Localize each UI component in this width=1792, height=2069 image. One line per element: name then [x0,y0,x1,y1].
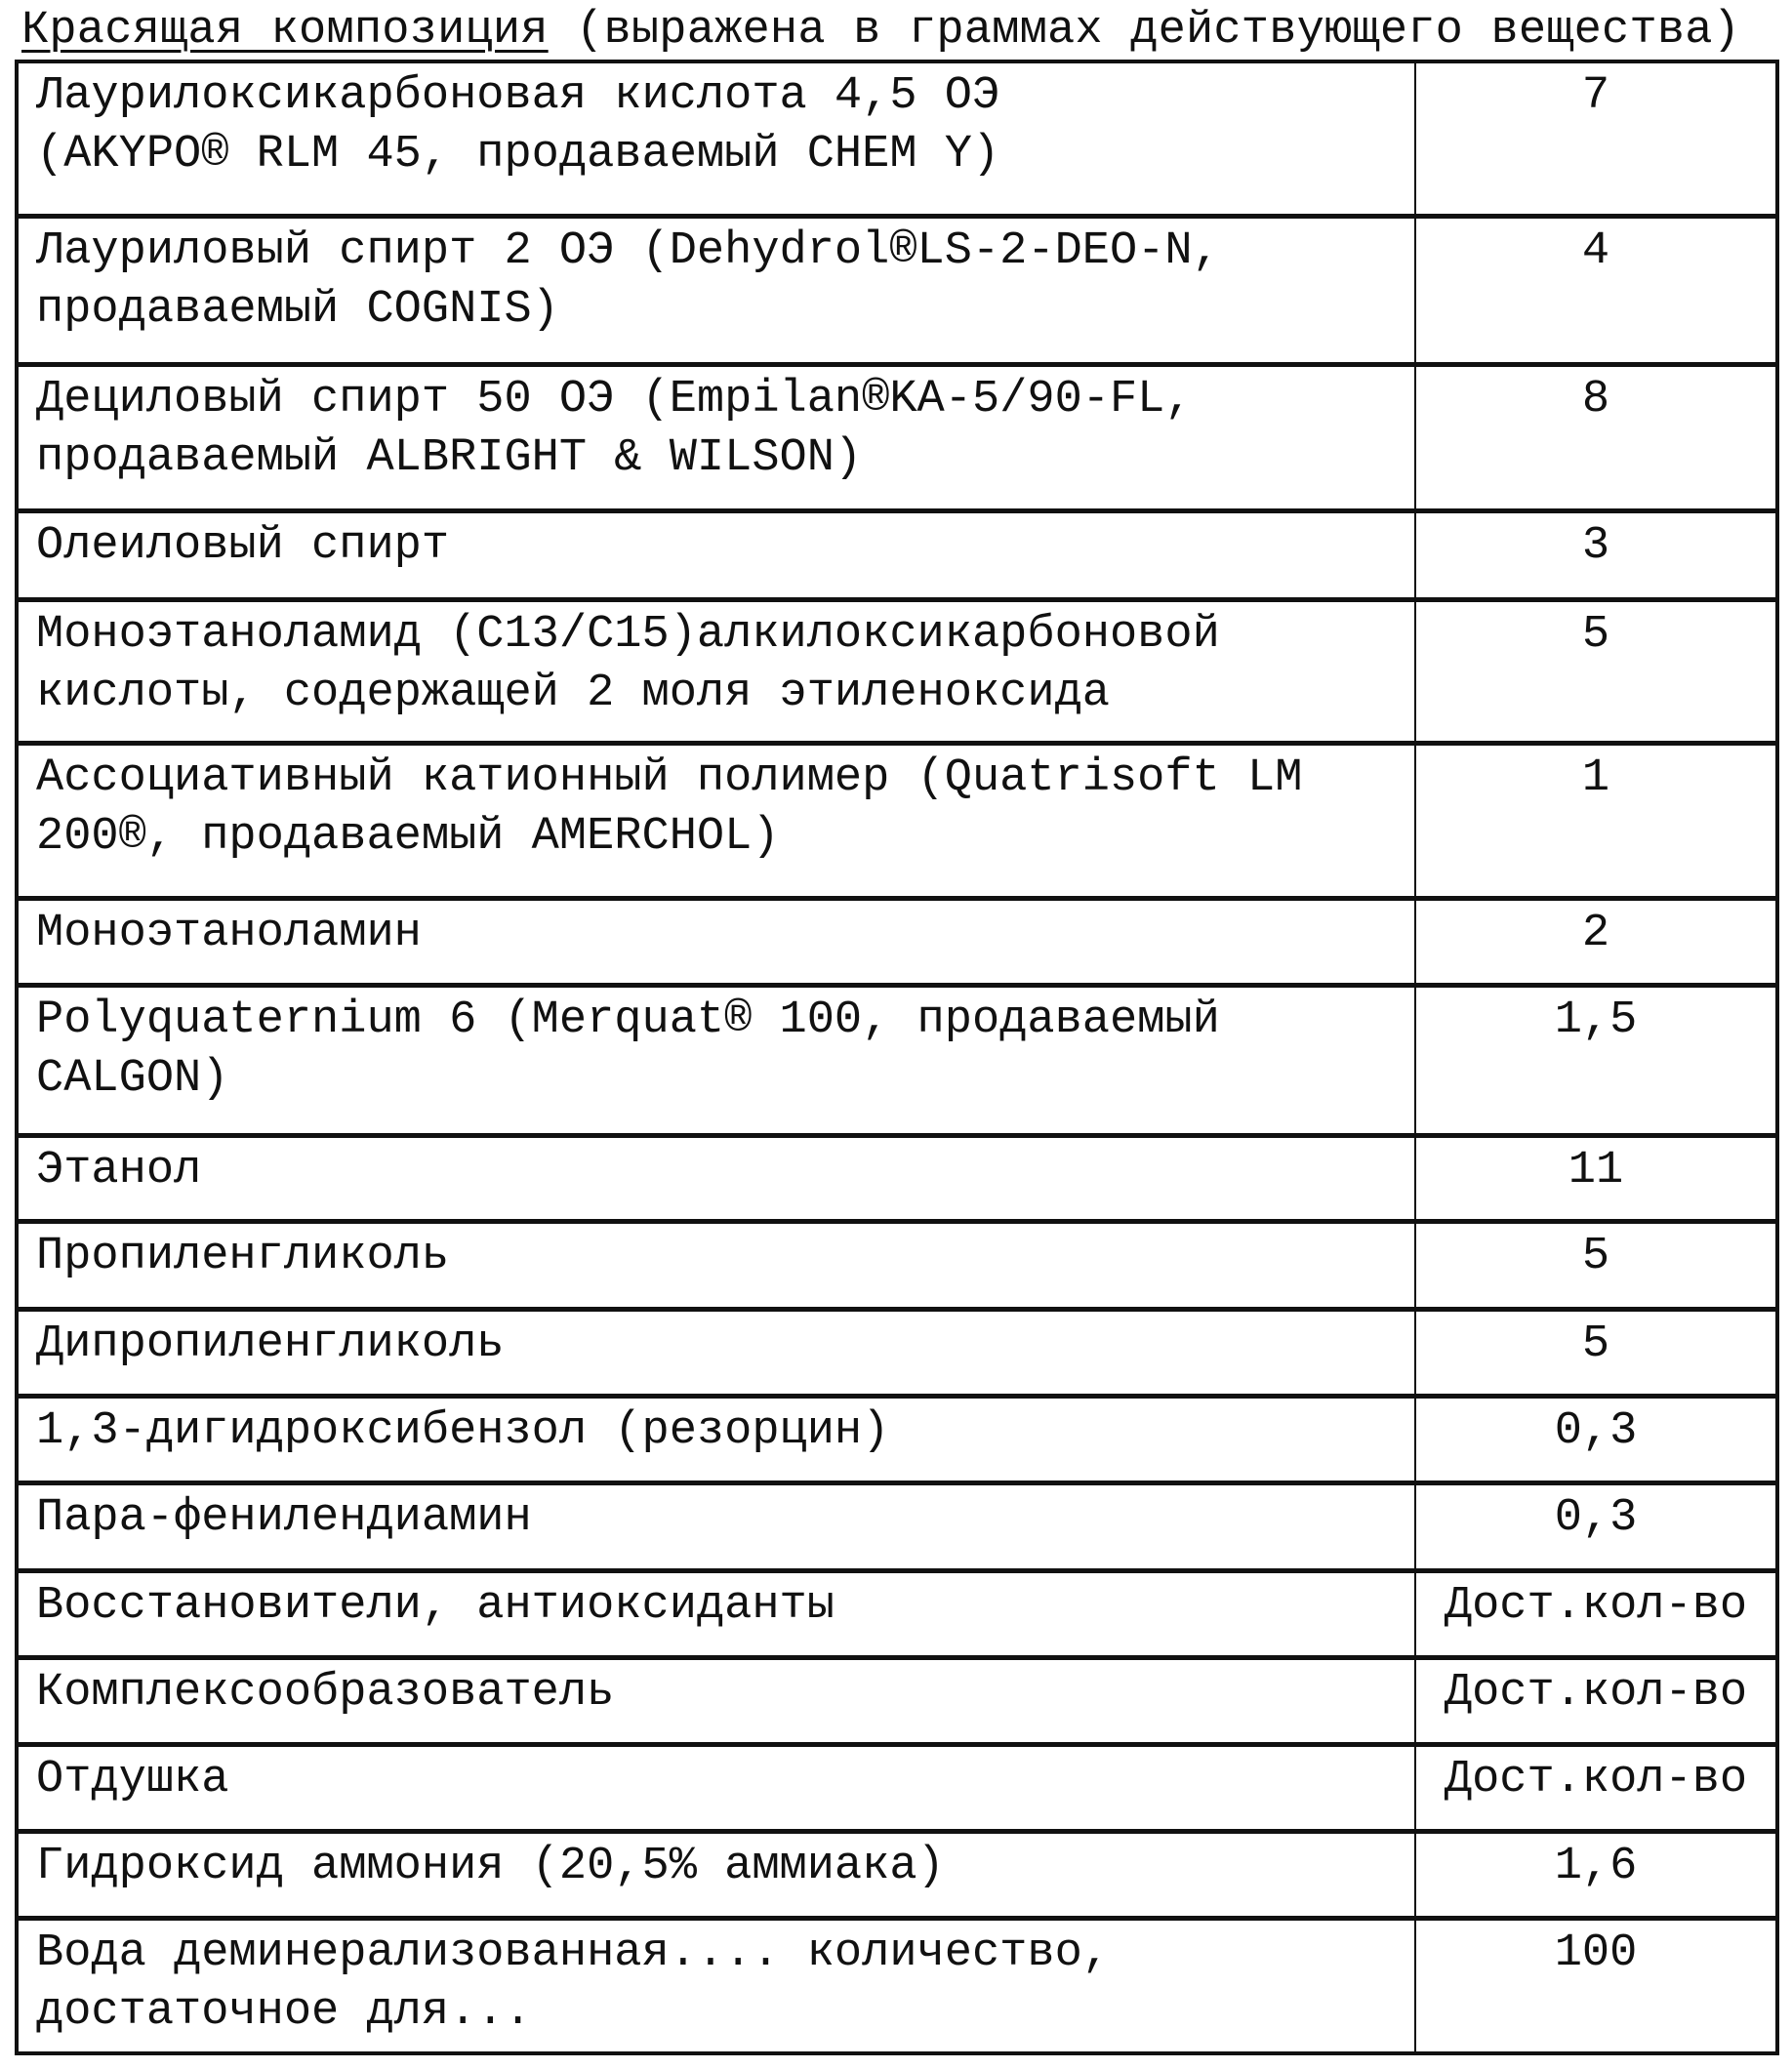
ingredient-amount: 11 [1416,1142,1775,1200]
ingredient-amount: 100 [1416,1925,1775,1983]
table-row: Лаурилоксикарбоновая кислота 4,5 ОЭ (AKY… [19,63,1775,214]
table-row: Дипропиленгликоль5 [19,1307,1775,1394]
ingredient-amount: 2 [1416,905,1775,963]
ingredient-name: Дециловый спирт 50 ОЭ (Empilan®KA-5/90-F… [36,371,1403,488]
table-row: Этанол11 [19,1133,1775,1219]
ingredient-name: Пропиленгликоль [36,1228,1403,1286]
table-row: ОтдушкаДост.кол-во [19,1742,1775,1829]
ingredient-amount: 4 [1416,223,1775,281]
ingredient-amount: Дост.кол-во [1416,1664,1775,1723]
ingredient-amount: 5 [1416,1228,1775,1286]
table-row: Моноэтаноламин2 [19,896,1775,983]
ingredient-amount: 1,6 [1416,1838,1775,1896]
ingredient-name: 1,3-дигидроксибензол (резорцин) [36,1402,1403,1461]
ingredient-amount: 1 [1416,750,1775,808]
ingredient-amount: Дост.кол-во [1416,1751,1775,1809]
ingredient-amount: 7 [1416,67,1775,126]
ingredient-name: Ассоциативный катионный полимер (Quatris… [36,750,1403,867]
ingredient-name: Лауриловый спирт 2 ОЭ (Dehydrol®LS-2-DEO… [36,223,1403,340]
ingredient-name: Лаурилоксикарбоновая кислота 4,5 ОЭ (AKY… [36,67,1403,184]
ingredient-amount: Дост.кол-во [1416,1577,1775,1636]
ingredient-name: Восстановители, антиоксиданты [36,1577,1403,1636]
ingredient-amount: 5 [1416,1316,1775,1374]
composition-title: Красящая композиция (выражена в граммах … [21,2,1740,61]
ingredient-name: Олеиловый спирт [36,517,1403,576]
ingredient-amount: 1,5 [1416,992,1775,1050]
ingredient-amount: 5 [1416,606,1775,665]
ingredient-name: Гидроксид аммония (20,5% аммиака) [36,1838,1403,1896]
table-row: Дециловый спирт 50 ОЭ (Empilan®KA-5/90-F… [19,362,1775,508]
table-row: Восстановители, антиоксидантыДост.кол-во [19,1568,1775,1655]
ingredient-name: Polyquaternium 6 (Merquat® 100, продавае… [36,992,1403,1109]
table-row: Лауриловый спирт 2 ОЭ (Dehydrol®LS-2-DEO… [19,214,1775,362]
table-row: Олеиловый спирт3 [19,508,1775,597]
ingredient-name: Дипропиленгликоль [36,1316,1403,1374]
ingredient-name: Комплексообразователь [36,1664,1403,1723]
table-row: КомплексообразовательДост.кол-во [19,1655,1775,1742]
table-row: Вода деминерализованная.... количество, … [19,1916,1775,2051]
table-row: Моноэтаноламид (C13/C15)алкилоксикарбоно… [19,597,1775,741]
title-rest: (выражена в граммах действующего веществ… [549,5,1740,57]
table-row: Polyquaternium 6 (Merquat® 100, продавае… [19,983,1775,1133]
composition-table: Лаурилоксикарбоновая кислота 4,5 ОЭ (AKY… [15,60,1779,2055]
ingredient-name: Пара-фенилендиамин [36,1489,1403,1548]
table-row: Пара-фенилендиамин0,3 [19,1481,1775,1568]
ingredient-name: Моноэтаноламид (C13/C15)алкилоксикарбоно… [36,606,1403,723]
ingredient-amount: 8 [1416,371,1775,429]
table-row: Пропиленгликоль5 [19,1219,1775,1307]
ingredient-name: Отдушка [36,1751,1403,1809]
ingredient-name: Этанол [36,1142,1403,1200]
table-row: Ассоциативный катионный полимер (Quatris… [19,741,1775,896]
table-row: 1,3-дигидроксибензол (резорцин)0,3 [19,1394,1775,1481]
ingredient-name: Вода деминерализованная.... количество, … [36,1925,1403,2042]
ingredient-amount: 0,3 [1416,1489,1775,1548]
ingredient-name: Моноэтаноламин [36,905,1403,963]
ingredient-amount: 3 [1416,517,1775,576]
table-row: Гидроксид аммония (20,5% аммиака)1,6 [19,1829,1775,1916]
ingredient-amount: 0,3 [1416,1402,1775,1461]
title-underlined-part: Красящая композиция [21,5,549,57]
